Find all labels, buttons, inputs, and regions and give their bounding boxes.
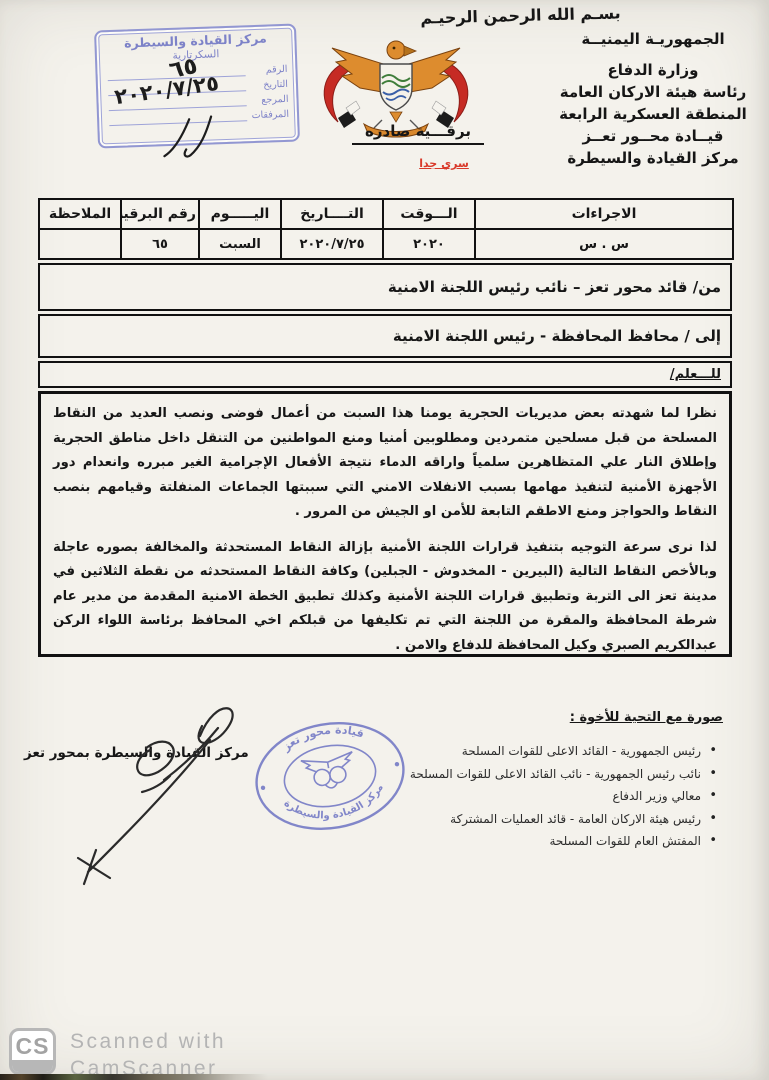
- cc-item-text: نائب رئيس الجمهورية - نائب القائد الاعلى…: [410, 767, 701, 781]
- header-note: الملاحظة: [39, 199, 121, 229]
- bullet-icon: •: [709, 830, 717, 853]
- to-field: إلى / محافظ المحافظة - رئيس اللجنة الامن…: [38, 314, 732, 358]
- cc-item: •رئيس الجمهورية - القائد الاعلى للقوات ا…: [387, 740, 717, 763]
- field-label: المرفقات: [251, 107, 290, 123]
- cc-item: •نائب رئيس الجمهورية - نائب القائد الاعل…: [387, 763, 717, 786]
- letterhead-line: وزارة الدفاع: [545, 59, 761, 81]
- camscanner-logo: CS: [9, 1028, 56, 1075]
- field-label: الرقم: [249, 62, 288, 78]
- cc-item-text: معالي وزير الدفاع: [612, 789, 701, 803]
- telegram-info-table: الاجراءات الـــوقت التــــاريخ اليـــــو…: [38, 198, 734, 260]
- signature: [48, 688, 258, 888]
- letterhead-line: الجمهوريـة اليمنيــة: [545, 28, 761, 50]
- cc-heading: صورة مع التحية للأخوة :: [570, 710, 723, 725]
- camscanner-logo-text: CS: [12, 1031, 53, 1062]
- camscanner-watermark-text: Scanned with CamScanner: [70, 1028, 226, 1080]
- body-paragraph-1: نظرا لما شهدته بعض مديريات الحجرية يومنا…: [53, 402, 717, 525]
- cc-list: •رئيس الجمهورية - القائد الاعلى للقوات ا…: [387, 740, 717, 853]
- for-information-text: للـــعلم/: [670, 367, 721, 382]
- bismillah-text: بسـم الله الرحمن الرحيـم: [408, 3, 633, 28]
- watermark-line: Scanned with: [70, 1028, 226, 1055]
- oval-stamp-top-text: قيادة محور تعز: [277, 717, 367, 755]
- value-note: [39, 229, 121, 259]
- oval-stamp-eagle-icon: [301, 752, 358, 793]
- bullet-icon: •: [709, 763, 717, 786]
- value-telegram-number: ٦٥: [121, 229, 199, 259]
- field-label: المرجع: [250, 92, 289, 108]
- value-date: ٢٠٢٠/٧/٢٥: [281, 229, 383, 259]
- table-value-row: س . س ٢٠٢٠ ٢٠٢٠/٧/٢٥ السبت ٦٥: [39, 229, 733, 259]
- scanned-telegram-document: بسـم الله الرحمن الرحيـم برقـــية صادره …: [0, 0, 769, 1080]
- header-date: التــــاريخ: [281, 199, 383, 229]
- next-page-edge: [0, 1074, 268, 1080]
- for-information-field: للـــعلم/: [38, 361, 732, 388]
- letterhead-line: مركز القيادة والسيطرة: [545, 147, 761, 169]
- cc-item: •المفتش العام للقوات المسلحة: [387, 830, 717, 853]
- letterhead-line: رئاسة هيئة الاركان العامة: [545, 81, 761, 103]
- body-paragraph-2: لذا نرى سرعة التوجيه بتنفيذ قرارات اللجن…: [53, 536, 717, 659]
- registry-stamp: مركز القيادة والسيطرة السكرتارية الرقم ا…: [94, 24, 300, 149]
- value-day: السبت: [199, 229, 281, 259]
- to-text: إلى / محافظ المحافظة - رئيس اللجنة الامن…: [393, 327, 721, 345]
- bullet-icon: •: [709, 740, 717, 763]
- telegram-type-label: برقـــية صادره: [352, 122, 484, 145]
- cc-item: •رئيس هيئة الاركان العامة - قائد العمليا…: [387, 808, 717, 831]
- value-time: ٢٠٢٠: [383, 229, 475, 259]
- header-procedures: الاجراءات: [475, 199, 733, 229]
- telegram-body: نظرا لما شهدته بعض مديريات الحجرية يومنا…: [38, 391, 732, 657]
- camscanner-logo-bar: [12, 1060, 53, 1072]
- field-label: التاريخ: [250, 77, 289, 93]
- bullet-icon: •: [709, 808, 717, 831]
- svg-text:قيادة محور تعز: قيادة محور تعز: [277, 717, 367, 755]
- header-time: الـــوقت: [383, 199, 475, 229]
- table-header-row: الاجراءات الـــوقت التــــاريخ اليـــــو…: [39, 199, 733, 229]
- cc-item-text: المفتش العام للقوات المسلحة: [549, 834, 701, 848]
- cc-item-text: رئيس الجمهورية - القائد الاعلى للقوات ال…: [462, 744, 701, 758]
- value-procedures: س . س: [475, 229, 733, 259]
- letterhead-line: المنطقة العسكرية الرابعة: [545, 103, 761, 125]
- cc-item: •معالي وزير الدفاع: [387, 785, 717, 808]
- handwritten-initials: [159, 109, 251, 162]
- classification-label: سري جدا: [414, 157, 474, 170]
- letterhead-line: قيــادة محــور تعــز: [545, 125, 761, 147]
- header-telegram-number: رقم البرقية: [121, 199, 199, 229]
- from-field: من/ قائد محور تعز – نائب رئيس اللجنة الا…: [38, 263, 732, 311]
- header-day: اليـــــوم: [199, 199, 281, 229]
- letterhead: الجمهوريـة اليمنيــة وزارة الدفاع رئاسة …: [545, 28, 761, 169]
- from-text: من/ قائد محور تعز – نائب رئيس اللجنة الا…: [388, 278, 721, 296]
- cc-item-text: رئيس هيئة الاركان العامة - قائد العمليات…: [450, 812, 701, 826]
- bullet-icon: •: [709, 785, 717, 808]
